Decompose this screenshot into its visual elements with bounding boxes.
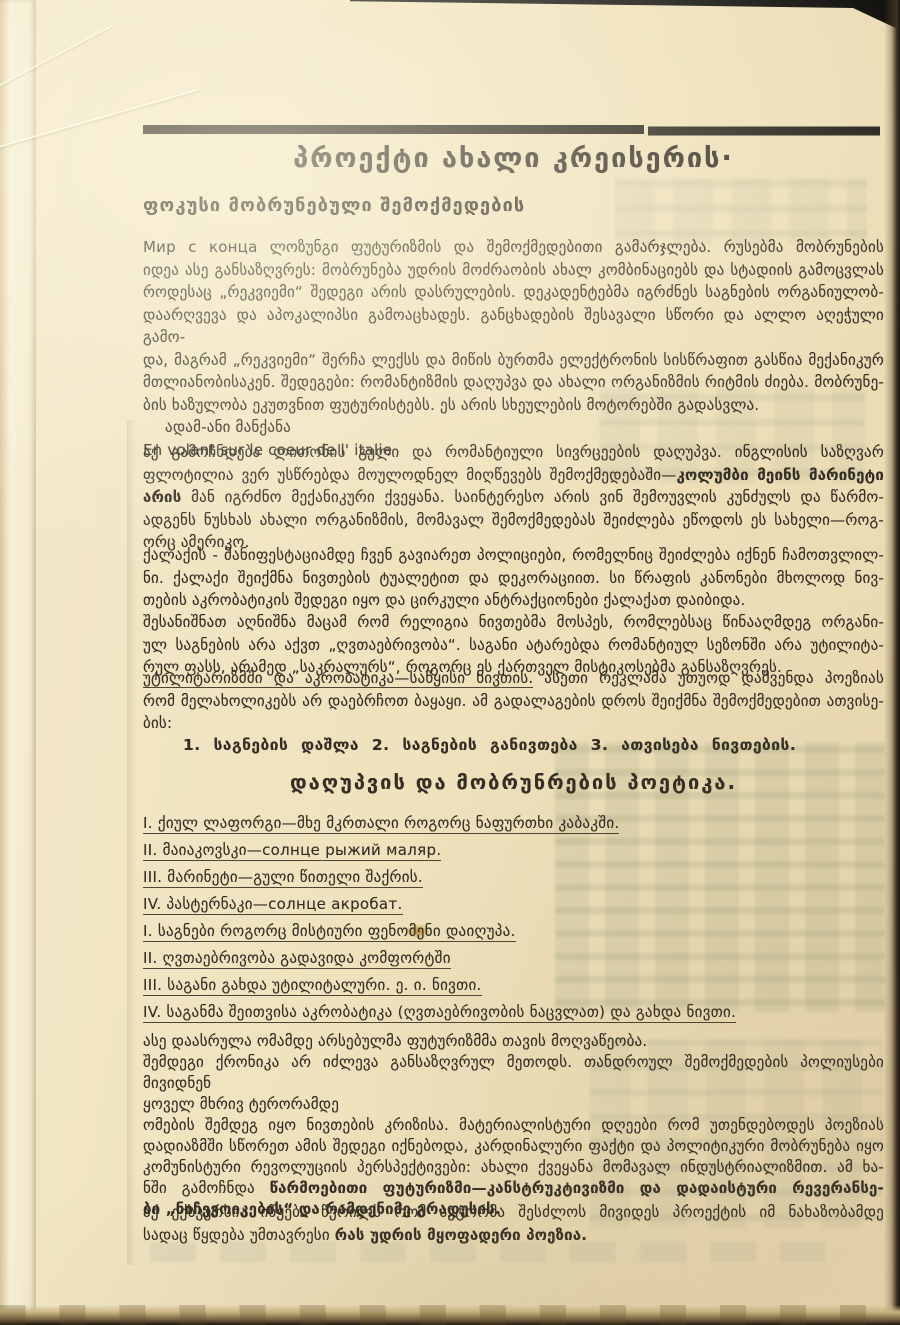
- text-line: ნში გამოჩნდა წარმოებითი ფუტურიზმი—კანსტრ…: [143, 1178, 884, 1199]
- page-right-edge: [884, 0, 900, 1325]
- bold-phrase: არის: [143, 488, 181, 506]
- text-segment: ფლოტილია ვერ უსწრებდა მოულოდნელ მიღწევებ…: [143, 466, 676, 484]
- manifesto-item: II. მაიაკოვსკი—солнце рыжий маляр.: [143, 840, 884, 861]
- paragraph-conclusion: აქ ექსკურსია იწყება წერილს რომ ავტორმა შ…: [143, 1201, 884, 1247]
- manifesto-item-text: I. ქიულ ლაფორგი—მხე მკრთალი როგორც ნაფურ…: [143, 814, 619, 834]
- text-line: არის მან იგრძნო მექანიკური ქვეყანა. საინ…: [143, 486, 884, 509]
- gutter-shadow: [127, 420, 136, 1265]
- text-line: კომუნისტური რევოლუციის პერსპექტივები: ახ…: [143, 1157, 884, 1178]
- text-line: მთლიანობისაკენ. შედეგები: რომანტიზმის და…: [143, 371, 884, 394]
- manifesto-list: I. ქიულ ლაფორგი—მხე მკრთალი როგორც ნაფურ…: [143, 813, 884, 1029]
- manifesto-item: IV. პასტერნაკი—солнце акробат.: [143, 894, 884, 915]
- underlined-phrase: უტილიტარიზმში და აკრობატიკა—საწყისი ნივთ…: [143, 669, 533, 688]
- section-heading: დაღუპვის და მობრუნრების პოეტიკა.: [143, 770, 884, 794]
- scanner-top-edge: [350, 0, 900, 12]
- text-line: იდეა ასე განსაზღვრეს: მობრუნება უდრის მო…: [143, 259, 884, 282]
- text-line: უტილიტარიზმში და აკრობატიკა—საწყისი ნივთ…: [143, 667, 884, 690]
- manifesto-item-text: IV. საგანმა შეითვისა აკრობატიკა (ღვთაებრ…: [143, 1003, 736, 1023]
- text-line: როდესაც „რეკვიემი“ შედეგი არის დასრულები…: [143, 281, 884, 304]
- paragraph-city: ქალაქის - მანიფესტაციამდე ჩვენ გავიარეთ …: [143, 544, 884, 612]
- manifesto-item-text: IV. პასტერნაკი—солнце акробат.: [143, 895, 403, 915]
- text-line: ადგენს ნუსხას ახალი ორგანიზმის, მომავალ …: [143, 509, 884, 532]
- text-segment: მან იგრძნო მექანიკური ქვეყანა. საინტერეს…: [181, 488, 884, 506]
- text-line: ქალაქის - მანიფესტაციამდე ჩვენ გავიარეთ …: [143, 544, 884, 567]
- text-line: ასე დაასრულა ომამდე არსებულმა ფუტურიზმმა…: [143, 1031, 884, 1052]
- bold-phrase: წარმოებითი ფუტურიზმი—კანსტრუკტივიზმი და …: [270, 1179, 884, 1197]
- bold-phrase: კოლუმბი მეინს მარინეტი: [676, 466, 884, 484]
- masthead-rule-left: [143, 125, 644, 134]
- text-line: შესანიშნათ აღნიშნა მაცამ რომ რელიგია ნივ…: [143, 611, 884, 634]
- author-line: ადამ-ანი მანქანა: [143, 416, 884, 439]
- paragraph-utilitarianism: უტილიტარიზმში და აკრობატიკა—საწყისი ნივთ…: [143, 667, 884, 735]
- text-line: სადაც წყდება უმთავრესი რას უდრის მყოფადე…: [143, 1224, 884, 1247]
- text-segment: ნში გამოჩნდა: [143, 1179, 270, 1197]
- text-line: ომების შემდეგ იყო ნივთების კრიზისა. მატე…: [143, 1115, 884, 1136]
- text-line: დადიაზმში სწორეთ ამის შედეგი იქნებოდა, კ…: [143, 1136, 884, 1157]
- text-line: რომ მელახოლიკებს არ დაებრჩოთ ბაყაყი. ამ …: [143, 690, 884, 713]
- text-segment: სადაც წყდება უმთავრესი: [143, 1226, 335, 1244]
- text-line: შემდეგი ქრონიკა არ იძლევა განსაზღვრულ მე…: [143, 1052, 884, 1094]
- text-line: და, მაგრამ „რეკვიემი“ შერჩა ლექსს და მიწ…: [143, 349, 884, 372]
- manifesto-item-text: I. საგნები როგორც მისტიური ფენომენი დაიღ…: [143, 922, 516, 942]
- paragraph-intro: Мир с конца ლოზუნგი ფუტურიზმის და შემოქმ…: [143, 236, 884, 461]
- text-line: ულ საგნების არა აქვთ „ღვთაებრივობა“. საგ…: [143, 634, 884, 657]
- manifesto-item: I. საგნები როგორც მისტიური ფენომენი დაიღ…: [143, 921, 884, 942]
- manifesto-item-text: II. ღვთაებრივობა გადავიდა კომფორტში: [143, 949, 451, 969]
- paragraph-marinetti: აქ გამოჩნდება ლითონის გული და რომანტიული…: [143, 441, 884, 554]
- numbered-theses: 1. საგნების დაშლა 2. საგნების განივთება …: [183, 736, 823, 754]
- paragraph-postwar: ასე დაასრულა ომამდე არსებულმა ფუტურიზმმა…: [143, 1031, 884, 1220]
- text-line: Мир с конца ლოზუნგი ფუტურიზმის და შემოქმ…: [143, 236, 884, 259]
- text-line: აქ გამოჩნდება ლითონის გული და რომანტიული…: [143, 441, 884, 464]
- text-line: ბის ხაზულობა ეკუთვნით ფუტურისტებს. ეს არ…: [143, 394, 884, 417]
- text-segment: ასეთი რეკლამა უთუოდ დაშვენდა პოეზიას: [533, 669, 884, 687]
- manifesto-item: I. ქიულ ლაფორგი—მხე მკრთალი როგორც ნაფურ…: [143, 813, 884, 834]
- text-line: ნი. ქალაქი შეიქმნა ნივთების ტუალეტით და …: [143, 567, 884, 590]
- scanned-page: პროექტი ახალი კრეისერის· ფოკუსი მობრუნებ…: [0, 0, 900, 1325]
- text-line: ყოველ მხრივ ტერორამდე: [143, 1094, 884, 1115]
- manifesto-item: II. ღვთაებრივობა გადავიდა კომფორტში: [143, 948, 884, 969]
- bold-phrase: რას უდრის მყოფადერი პოეზია.: [335, 1226, 587, 1244]
- text-line: დაარღვევა და აპოკალიპსი გამოაცხადეს. გან…: [143, 304, 884, 349]
- manifesto-item-text: II. მაიაკოვსკი—солнце рыжий маляр.: [143, 841, 441, 861]
- masthead-rule: [143, 125, 884, 134]
- page-left-fold-edge: [0, 0, 36, 1325]
- manifesto-item: III. მარინეტი—გული წითელი შაქრის.: [143, 867, 884, 888]
- manifesto-item-text: III. საგანი გახდა უტილიტალური. ე. ი. ნივ…: [143, 976, 482, 996]
- text-line: ფლოტილია ვერ უსწრებდა მოულოდნელ მიღწევებ…: [143, 464, 884, 487]
- page-title: პროექტი ახალი კრეისერის·: [143, 143, 884, 174]
- text-line: ბის:: [143, 712, 884, 735]
- text-line: თების აკრობატიკის შედეგი იყო და ცირკული …: [143, 589, 884, 612]
- page-bottom-edge: [0, 1305, 900, 1325]
- page-subtitle: ფოკუსი მობრუნებული შემოქმედების: [143, 195, 884, 216]
- manifesto-item: III. საგანი გახდა უტილიტალური. ე. ი. ნივ…: [143, 975, 884, 996]
- manifesto-item-text: III. მარინეტი—გული წითელი შაქრის.: [143, 868, 423, 888]
- text-line: აქ ექსკურსია იწყება წერილს რომ ავტორმა შ…: [143, 1201, 884, 1224]
- masthead-rule-right: [648, 127, 880, 136]
- manifesto-item: IV. საგანმა შეითვისა აკრობატიკა (ღვთაებრ…: [143, 1002, 884, 1023]
